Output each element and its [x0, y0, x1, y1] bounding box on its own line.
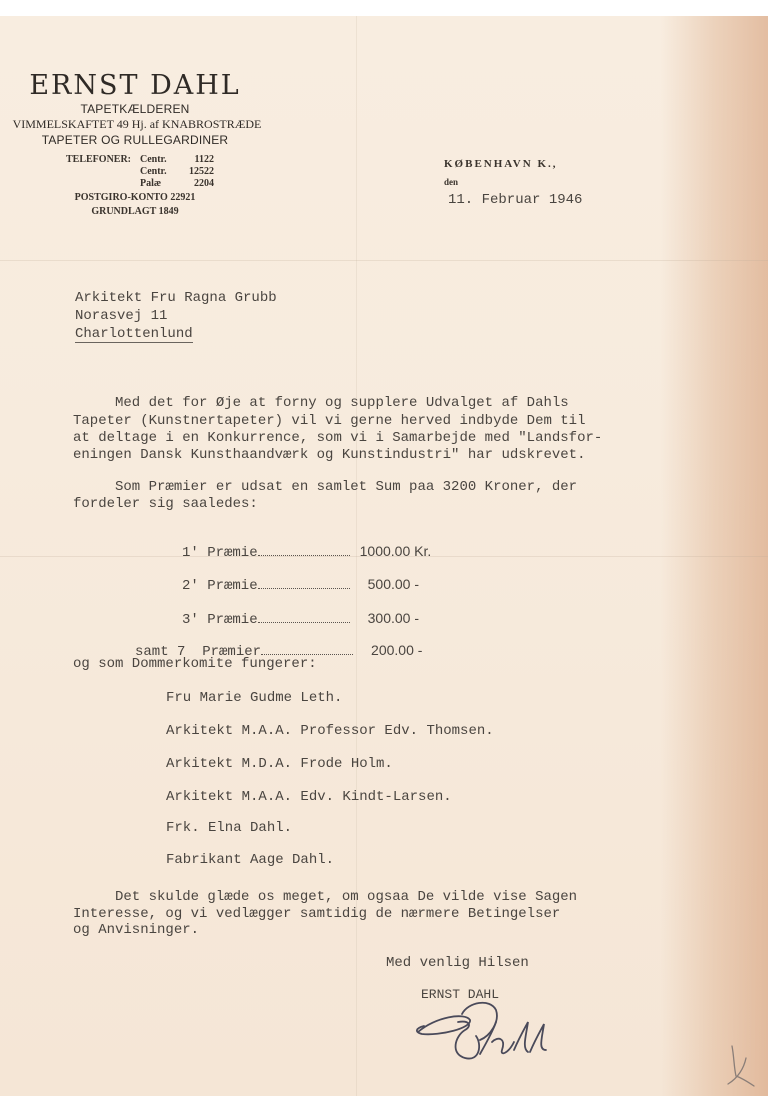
- body-line: Det skulde glæde os meget, om ogsaa De v…: [73, 889, 577, 905]
- company-address: VIMMELSKAFTET 49 Hj. af KNABROSTRÆDE: [0, 117, 282, 132]
- jury-member: Arkitekt M.D.A. Frode Holm.: [166, 756, 393, 772]
- phone-number: 1122: [180, 154, 214, 166]
- body-line: Med det for Øje at forny og supplere Udv…: [73, 395, 569, 411]
- recipient-line: Charlottenlund: [75, 326, 193, 343]
- body-line: Som Præmier er udsat en samlet Sum paa 3…: [73, 479, 577, 495]
- dotted-leader: [258, 545, 350, 556]
- recipient-line: Arkitekt Fru Ragna Grubb: [75, 290, 277, 306]
- dateline: KØBENHAVN K., den 11. Februar 1946: [436, 136, 582, 208]
- dotted-leader: [258, 578, 350, 589]
- phone-number: 2204: [180, 178, 214, 190]
- dotted-leader: [258, 612, 350, 623]
- body-line: at deltage i en Konkurrence, som vi i Sa…: [73, 430, 602, 446]
- jury-member: Fabrikant Aage Dahl.: [166, 852, 334, 868]
- prize-amount: 1000.00 Kr.: [360, 543, 432, 559]
- phone-exchange: Centr.: [140, 154, 180, 166]
- company-products: TAPETER OG RULLEGARDINER: [0, 133, 270, 147]
- dateline-den: den: [444, 177, 458, 187]
- phones-label: TELEFONER:: [66, 154, 140, 166]
- dotted-leader: [261, 644, 353, 655]
- founded: GRUNDLAGT 1849: [0, 206, 270, 217]
- recipient-line: Norasvej 11: [75, 308, 167, 324]
- postgiro: POSTGIRO-KONTO 22921: [0, 192, 270, 203]
- body-line: Tapeter (Kunstnertapeter) vil vi gerne h…: [73, 413, 585, 429]
- company-subtitle: TAPETKÆLDEREN: [0, 102, 270, 116]
- dateline-city: KØBENHAVN K.,: [444, 158, 558, 170]
- company-name: ERNST DAHL: [0, 70, 270, 101]
- jury-member: Frk. Elna Dahl.: [166, 820, 292, 836]
- pencil-mark-icon: [722, 1042, 762, 1092]
- phone-exchange: Centr.: [140, 166, 180, 178]
- jury-member: Arkitekt M.A.A. Professor Edv. Thomsen.: [166, 723, 494, 739]
- jury-intro: og som Dommerkomite fungerer:: [73, 656, 317, 672]
- prize-amount: 500.00 -: [368, 576, 419, 592]
- closing-greeting: Med venlig Hilsen: [386, 955, 529, 971]
- signature-icon: [410, 992, 560, 1067]
- body-line: Interesse, og vi vedlægger samtidig de n…: [73, 906, 560, 922]
- phone-list: TELEFONER: Centr. 1122 Centr. 12522 Palæ…: [66, 154, 214, 190]
- jury-member: Arkitekt M.A.A. Edv. Kindt-Larsen.: [166, 789, 452, 805]
- body-line: og Anvisninger.: [73, 922, 199, 938]
- phone-number: 12522: [180, 166, 214, 178]
- prize-amount: 200.00 -: [371, 642, 422, 658]
- jury-member: Fru Marie Gudme Leth.: [166, 690, 342, 706]
- fold-line: [0, 260, 768, 261]
- phone-exchange: Palæ: [140, 178, 180, 190]
- letter-date: 11. Februar 1946: [448, 192, 582, 208]
- body-line: fordeler sig saaledes:: [73, 496, 258, 512]
- body-line: eningen Dansk Kunsthaandværk og Kunstind…: [73, 447, 585, 463]
